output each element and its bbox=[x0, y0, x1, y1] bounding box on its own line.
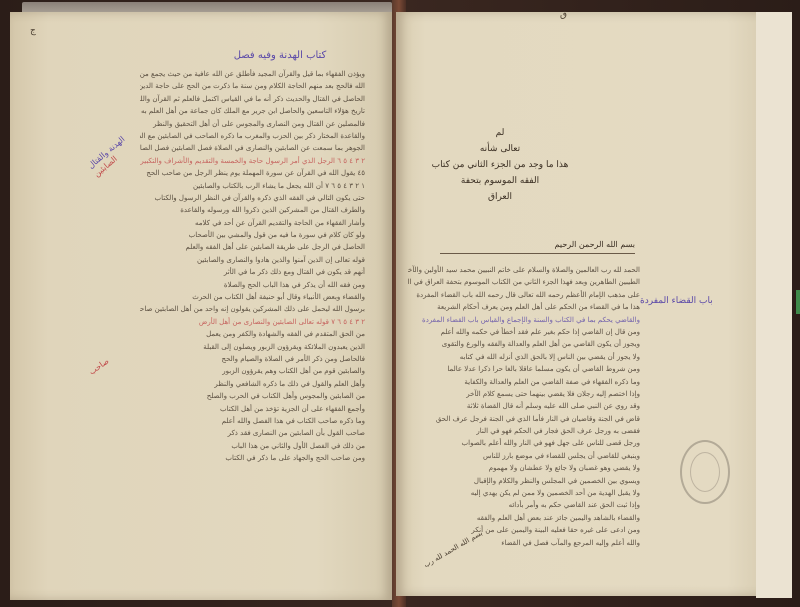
seal-stamp bbox=[680, 440, 730, 504]
text-line: ويجوز أن يكون القاضي من أهل العلم والعدا… bbox=[408, 338, 640, 350]
text-line: وما ذكره الفقهاء في صفة القاضي من العلم … bbox=[408, 376, 640, 388]
right-page-text-block: الحمد لله رب العالمين والصلاة والسلام عل… bbox=[408, 264, 640, 549]
text-line: ورجل قضى للناس على جهل فهو في النار والل… bbox=[408, 437, 640, 449]
text-line: ولا يقضي وهو غضبان ولا جائع ولا عطشان ول… bbox=[408, 462, 640, 474]
text-line: ومن صاحب الحج والجهاد على ما ذكر في الكت… bbox=[140, 452, 365, 464]
text-line: فالمصلين عن القتال ومن النصارى والمجوس ع… bbox=[140, 118, 365, 130]
text-line: والله أعلم وإليه المرجع والمآب فصل في ال… bbox=[408, 537, 640, 549]
text-line: الحاصل في القتال والحديث ذكر أنه ما في ا… bbox=[140, 93, 365, 105]
text-line: صاحب القول بأن الصابئين من النصارى فقد ذ… bbox=[140, 427, 365, 439]
text-line: وإذا ثبت الحق عند القاضي حكم به وأمر بأد… bbox=[408, 499, 640, 511]
text-line: أنهم قد يكون في القتال ومع ذلك ذكر ما في… bbox=[140, 266, 365, 278]
left-folio-mark: ج bbox=[30, 26, 36, 36]
end-leaf bbox=[756, 12, 792, 598]
text-line: وأهل العلم والقول في ذلك ما ذكره الشافعي… bbox=[140, 378, 365, 390]
title-line: هذا ما وجد من الجزء الثاني من كتاب bbox=[420, 157, 580, 173]
text-line: ومن فقه الله أن يذكر في هذا الباب الحج و… bbox=[140, 279, 365, 291]
title-block: لم تعالى شأنه هذا ما وجد من الجزء الثاني… bbox=[420, 125, 580, 205]
text-line: والقضاء بالشاهد واليمين جائز عند بعض أهل… bbox=[408, 512, 640, 524]
text-line: الله فالحج بعد منهم الحاجة الكلام ومن سن… bbox=[140, 80, 365, 92]
title-line: لم bbox=[420, 125, 580, 141]
text-line: تاريخ هؤلاء التاسعين والحاصل ابن جرير مع… bbox=[140, 105, 365, 117]
text-line: الذين يعبدون الملائكة ويقرؤون الزبور ويص… bbox=[140, 341, 365, 353]
text-line: فقضى به ورجل عرف الحق فجار في الحكم فهو … bbox=[408, 425, 640, 437]
text-line: ٤٥ يقول الله في القرآن عن سورة المهملة ي… bbox=[140, 167, 365, 179]
text-line: والطرف القتال من المشركين الذين ذكروا ال… bbox=[140, 204, 365, 216]
right-folio-mark: ق bbox=[560, 10, 567, 20]
text-line: من ذلك في الفصل الأول والثاني من هذا الب… bbox=[140, 440, 365, 452]
text-line: وما ذكره صاحب الكتاب في هذا الفصل والله … bbox=[140, 415, 365, 427]
text-line: ولو كان كلام في سورة ما فيه من قول والمش… bbox=[140, 229, 365, 241]
text-line: وأجمع الفقهاء على أن الجزية تؤخذ من أهل … bbox=[140, 403, 365, 415]
text-line: ولا يجوز أن يقضي بين الناس إلا بالحق الذ… bbox=[408, 351, 640, 363]
basmala-rule bbox=[440, 253, 635, 254]
text-line: برسول الله ليحمل على ذلك المشركين يقولون… bbox=[140, 303, 365, 315]
text-line: ولا يقبل الهدية من أحد الخصمين ولا ممن ل… bbox=[408, 487, 640, 499]
text-line: وقد روي عن النبي صلى الله عليه وسلم أنه … bbox=[408, 400, 640, 412]
text-line: ويسوي بين الخصمين في المجلس والنظر والكل… bbox=[408, 475, 640, 487]
text-line: ومن ادعى على غيره حقا فعليه البينة واليم… bbox=[408, 524, 640, 536]
text-line: وأشار الفقهاء من الحاجة والتقديم القرآن … bbox=[140, 217, 365, 229]
text-line: من الصابئين والمجوس وأهل الكتاب في الحرب… bbox=[140, 390, 365, 402]
title-line: العراق bbox=[420, 189, 580, 205]
title-line: تعالى شأنه bbox=[420, 141, 580, 157]
text-line: من الحق المتقدم في الفقه والشهادة والكفر… bbox=[140, 328, 365, 340]
text-line: حتى يكون التالي في الفقه الذي ذكره والقر… bbox=[140, 192, 365, 204]
bookmark-tab bbox=[796, 290, 800, 314]
text-line: ومن قال إن القاضي إذا حكم بغير علم فقد أ… bbox=[408, 326, 640, 338]
left-page-text-block: ويؤذن الفقهاء بما قيل والقرآن المجيد فأط… bbox=[140, 68, 365, 465]
text-line: الطيبين الطاهرين وبعد فهذا الجزء الثاني … bbox=[408, 276, 640, 288]
title-line: الفقه الموسوم بتحفة bbox=[420, 173, 580, 189]
text-line: قاض في الجنة وقاضيان في النار فأما الذي … bbox=[408, 413, 640, 425]
text-line: على مذهب الإمام الأعظم رحمه الله تعالى ق… bbox=[408, 289, 640, 301]
text-line: هذا ما في القضاء من الحكم على أهل العلم … bbox=[408, 301, 640, 313]
text-line: الجوهر بما سمعت عن الصابئين والنصارى في … bbox=[140, 142, 365, 154]
text-line: والقضاء وبعض الأنبياء وقال أبو حنيفة أهل… bbox=[140, 291, 365, 303]
text-line: ٢ ٣ ٤ ٥ ٦ ٧ قوله تعالى الصابئين والنصارى… bbox=[140, 316, 365, 328]
basmala: بسم الله الرحمن الرحيم bbox=[425, 240, 635, 249]
text-line: وإذا اختصم إليه رجلان فلا يقضي بينهما حت… bbox=[408, 388, 640, 400]
text-line: والقاضي يحكم بما في الكتاب والسنة والإجم… bbox=[408, 314, 640, 326]
right-margin-note-blue: باب القضاء المفردة bbox=[640, 296, 713, 306]
text-line: ويؤذن الفقهاء بما قيل والقرآن المجيد فأط… bbox=[140, 68, 365, 80]
text-line: قوله تعالى إن الذين آمنوا والذين هادوا و… bbox=[140, 254, 365, 266]
text-line: والقاعدة المختار ذكر بين الحزب والمغرب م… bbox=[140, 130, 365, 142]
text-line: فالحاصل ومن ذكر الأمر في الصلاة والصيام … bbox=[140, 353, 365, 365]
text-line: ١ ٢ ٣ ٤ ٥ ٦ ٧ أن الله يجعل ما يشاء الرب … bbox=[140, 180, 365, 192]
left-page-heading: كتاب الهدنة وفيه فصل bbox=[225, 50, 335, 61]
text-line: ومن شروط القاضي أن يكون مسلما عاقلا بالغ… bbox=[408, 363, 640, 375]
text-line: وينبغي للقاضي أن يجلس للقضاء في موضع بار… bbox=[408, 450, 640, 462]
text-line: ٢ ٣ ٤ ٥ ٦ الرجل الذي أمر الرسول حاجة وال… bbox=[140, 155, 365, 167]
text-line: الحمد لله رب العالمين والصلاة والسلام عل… bbox=[408, 264, 640, 276]
text-line: والصابئين قوم من أهل الكتاب وهم يقرؤون ا… bbox=[140, 365, 365, 377]
seal-inner-ring bbox=[690, 452, 720, 492]
text-line: الحاصل في الرجل على طريقة الصابئين على أ… bbox=[140, 241, 365, 253]
